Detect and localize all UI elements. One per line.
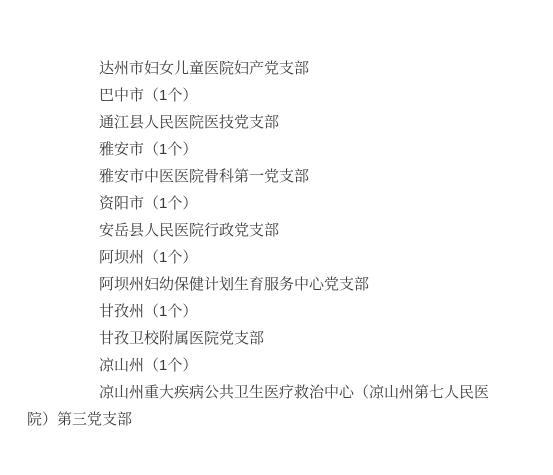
paragraph-line: 雅安市中医医院骨科第一党支部	[27, 163, 493, 190]
paragraph-line: 阿坝州妇幼保健计划生育服务中心党支部	[27, 271, 493, 298]
paragraph-line: 安岳县人民医院行政党支部	[27, 217, 493, 244]
paragraph-line: 通江县人民医院医技党支部	[27, 109, 493, 136]
paragraph-line: 资阳市（1个）	[27, 190, 493, 217]
paragraph-line: 巴中市（1个）	[27, 82, 493, 109]
paragraph-line: 甘孜卫校附属医院党支部	[27, 325, 493, 352]
paragraph-line: 达州市妇女儿童医院妇产党支部	[27, 55, 493, 82]
document-body: 达州市妇女儿童医院妇产党支部 巴中市（1个） 通江县人民医院医技党支部 雅安市（…	[0, 0, 553, 475]
paragraph-line: 甘孜州（1个）	[27, 298, 493, 325]
paragraph-line: 雅安市（1个）	[27, 136, 493, 163]
paragraph-line: 阿坝州（1个）	[27, 244, 493, 271]
paragraph-line: 凉山州重大疾病公共卫生医疗救治中心（凉山州第七人民医院）第三党支部	[27, 379, 493, 433]
paragraph-line: 凉山州（1个）	[27, 352, 493, 379]
